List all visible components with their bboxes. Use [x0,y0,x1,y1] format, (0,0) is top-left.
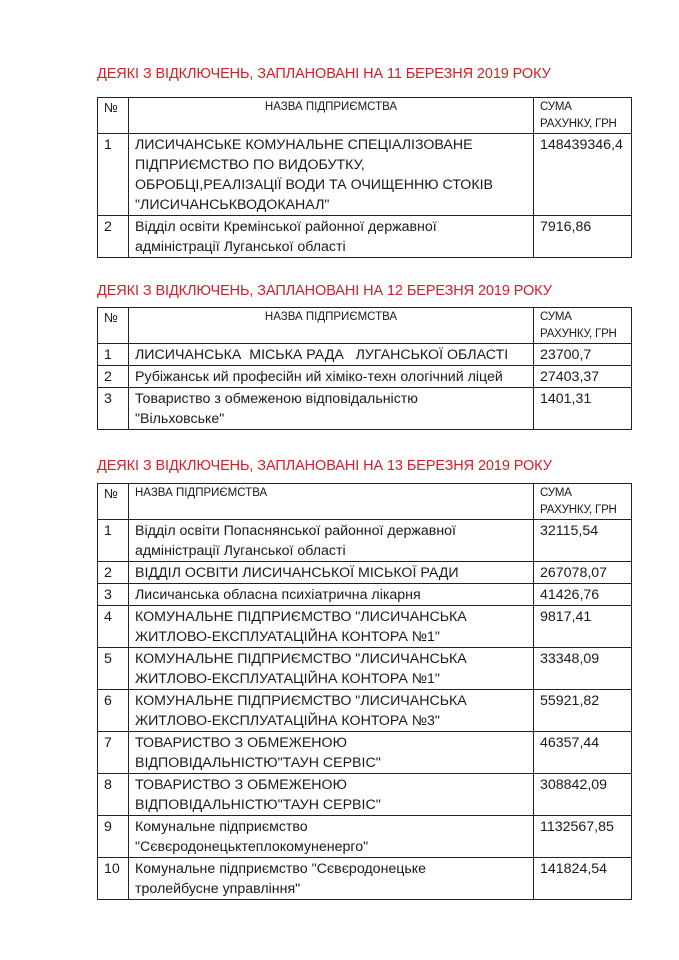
outage-table-13-march: № НАЗВА ПІДПРИЄМСТВА СУМАРАХУНКУ, ГРН 1 … [97,483,632,900]
bill-amount: 46357,44 [534,732,632,774]
row-number: 1 [98,134,129,216]
column-header-sum-line1: СУМА [540,99,625,116]
enterprise-name: Лисичанська обласна психіатрична лікарня [129,584,534,606]
bill-amount: 33348,09 [534,648,632,690]
bill-amount: 23700,7 [534,344,632,366]
outage-table-12-march: № НАЗВА ПІДПРИЄМСТВА СУМАРАХУНКУ, ГРН 1 … [97,307,632,430]
column-header-name: НАЗВА ПІДПРИЄМСТВА [129,308,534,344]
column-header-sum: СУМАРАХУНКУ, ГРН [534,308,632,344]
column-header-sum-line2: РАХУНКУ, ГРН [540,326,625,343]
row-number: 2 [98,216,129,258]
row-number: 5 [98,648,129,690]
outage-table-11-march: № НАЗВА ПІДПРИЄМСТВА СУМАРАХУНКУ, ГРН 1 … [97,97,632,258]
column-header-sum-line1: СУМА [540,309,625,326]
row-number: 4 [98,606,129,648]
column-header-number-text: № [104,310,118,325]
column-header-sum-line2: РАХУНКУ, ГРН [540,116,625,133]
bill-amount: 27403,37 [534,366,632,388]
enterprise-name: Товариство з обмеженою відповідальністю … [129,388,534,430]
column-header-sum-line2: РАХУНКУ, ГРН [540,502,625,519]
enterprise-name: КОМУНАЛЬНЕ ПІДПРИЄМСТВО "ЛИСИЧАНСЬКА ЖИТ… [129,648,534,690]
table-header-row: № НАЗВА ПІДПРИЄМСТВА СУМАРАХУНКУ, ГРН [98,484,632,520]
section-title-11-march: ДЕЯКІ З ВІДКЛЮЧЕНЬ, ЗАПЛАНОВАНІ НА 11 БЕ… [97,65,551,83]
row-number: 8 [98,774,129,816]
table-row: 9 Комунальне підприємство "Сєвєродонецьк… [98,816,632,858]
column-header-name: НАЗВА ПІДПРИЄМСТВА [129,484,534,520]
section-title-12-march: ДЕЯКІ З ВІДКЛЮЧЕНЬ, ЗАПЛАНОВАНІ НА 12 БЕ… [97,282,552,300]
enterprise-name: Відділ освіти Попаснянської районної дер… [129,520,534,562]
row-number: 2 [98,366,129,388]
bill-amount: 267078,07 [534,562,632,584]
column-header-number: № [98,98,129,134]
bill-amount: 308842,09 [534,774,632,816]
table-row: 8 ТОВАРИСТВО З ОБМЕЖЕНОЮ ВІДПОВІДАЛЬНІСТ… [98,774,632,816]
row-number: 3 [98,584,129,606]
table-row: 5 КОМУНАЛЬНЕ ПІДПРИЄМСТВО "ЛИСИЧАНСЬКА Ж… [98,648,632,690]
enterprise-name: КОМУНАЛЬНЕ ПІДПРИЄМСТВО "ЛИСИЧАНСЬКА ЖИТ… [129,606,534,648]
bill-amount: 141824,54 [534,858,632,900]
table-header-row: № НАЗВА ПІДПРИЄМСТВА СУМАРАХУНКУ, ГРН [98,308,632,344]
column-header-name: НАЗВА ПІДПРИЄМСТВА [129,98,534,134]
row-number: 10 [98,858,129,900]
bill-amount: 7916,86 [534,216,632,258]
column-header-number: № [98,308,129,344]
table-row: 10 Комунальне підприємство "Сєвєродонець… [98,858,632,900]
enterprise-name: Комунальне підприємство "Сєвєродонецькте… [129,816,534,858]
bill-amount: 1132567,85 [534,816,632,858]
table-row: 3 Товариство з обмеженою відповідальніст… [98,388,632,430]
column-header-sum: СУМАРАХУНКУ, ГРН [534,484,632,520]
row-number: 7 [98,732,129,774]
column-header-number: № [98,484,129,520]
bill-amount: 55921,82 [534,690,632,732]
bill-amount: 1401,31 [534,388,632,430]
enterprise-name: ЛИСИЧАНСЬКЕ КОМУНАЛЬНЕ СПЕЦІАЛІЗОВАНЕ ПІ… [129,134,534,216]
table-header-row: № НАЗВА ПІДПРИЄМСТВА СУМАРАХУНКУ, ГРН [98,98,632,134]
table-row: 3 Лисичанська обласна психіатрична лікар… [98,584,632,606]
table-row: 1 ЛИСИЧАНСЬКА МІСЬКА РАДА ЛУГАНСЬКОЇ ОБЛ… [98,344,632,366]
section-title-13-march: ДЕЯКІ З ВІДКЛЮЧЕНЬ, ЗАПЛАНОВАНІ НА 13 БЕ… [97,457,552,475]
bill-amount: 32115,54 [534,520,632,562]
bill-amount: 148439346,4 [534,134,632,216]
table-row: 1 ЛИСИЧАНСЬКЕ КОМУНАЛЬНЕ СПЕЦІАЛІЗОВАНЕ … [98,134,632,216]
enterprise-name: ТОВАРИСТВО З ОБМЕЖЕНОЮ ВІДПОВІДАЛЬНІСТЮ"… [129,774,534,816]
row-number: 3 [98,388,129,430]
table-row: 4 КОМУНАЛЬНЕ ПІДПРИЄМСТВО "ЛИСИЧАНСЬКА Ж… [98,606,632,648]
table-row: 2 Рубіжанськ ий професійн ий хіміко-техн… [98,366,632,388]
row-number: 9 [98,816,129,858]
table-row: 2 ВІДДІЛ ОСВІТИ ЛИСИЧАНСЬКОЇ МІСЬКОЇ РАД… [98,562,632,584]
enterprise-name: ВІДДІЛ ОСВІТИ ЛИСИЧАНСЬКОЇ МІСЬКОЇ РАДИ [129,562,534,584]
table-row: 7 ТОВАРИСТВО З ОБМЕЖЕНОЮ ВІДПОВІДАЛЬНІСТ… [98,732,632,774]
enterprise-name: КОМУНАЛЬНЕ ПІДПРИЄМСТВО "ЛИСИЧАНСЬКА ЖИТ… [129,690,534,732]
row-number: 1 [98,520,129,562]
column-header-sum-line1: СУМА [540,485,625,502]
row-number: 2 [98,562,129,584]
enterprise-name: ТОВАРИСТВО З ОБМЕЖЕНОЮ ВІДПОВІДАЛЬНІСТЮ"… [129,732,534,774]
enterprise-name: ЛИСИЧАНСЬКА МІСЬКА РАДА ЛУГАНСЬКОЇ ОБЛАС… [129,344,534,366]
row-number: 1 [98,344,129,366]
table-row: 1 Відділ освіти Попаснянської районної д… [98,520,632,562]
table-row: 6 КОМУНАЛЬНЕ ПІДПРИЄМСТВО "ЛИСИЧАНСЬКА Ж… [98,690,632,732]
row-number: 6 [98,690,129,732]
table-row: 2 Відділ освіти Кремінської районної дер… [98,216,632,258]
enterprise-name: Рубіжанськ ий професійн ий хіміко-техн о… [129,366,534,388]
enterprise-name: Комунальне підприємство "Сєвєродонецьке … [129,858,534,900]
column-header-number-text: № [104,486,118,501]
enterprise-name: Відділ освіти Кремінської районної держа… [129,216,534,258]
bill-amount: 9817,41 [534,606,632,648]
bill-amount: 41426,76 [534,584,632,606]
column-header-number-text: № [104,100,118,115]
column-header-sum: СУМАРАХУНКУ, ГРН [534,98,632,134]
